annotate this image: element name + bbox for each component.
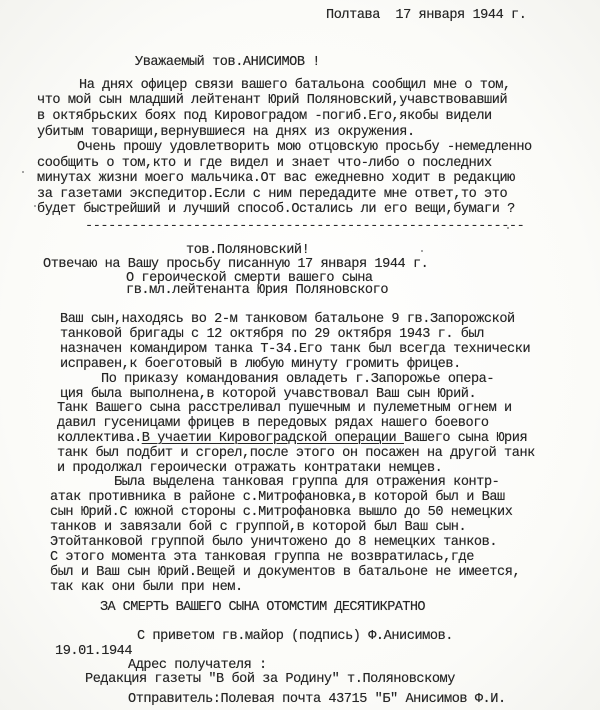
- signature: С приветом гв.майор (подпись) Ф.Анисимов…: [137, 630, 453, 644]
- place-and-date: Полтава 17 января 1944 г.: [326, 9, 526, 23]
- reply-line: По приказу командования овладеть г.Запор…: [101, 373, 494, 387]
- reply-line: Ваш сын,находясь во 2-м танковом батальо…: [60, 313, 515, 327]
- salutation: Уважаемый тов.АНИСИМОВ !: [135, 56, 320, 70]
- reply-line: был и Ваш сын Юрий.Вещей и документов в …: [50, 566, 520, 580]
- letter-line: в октябрьских боях под Кировоградом -пог…: [37, 110, 492, 124]
- letter-line: убитым товарищи,вернувшиеся на днях из о…: [37, 126, 415, 140]
- reply-line-part: коллектива.: [57, 431, 142, 446]
- reply-line: Была выделена танковая группа для отраже…: [114, 476, 499, 490]
- sender-line: Отправитель:Полевая почта 43715 "Б" Анис…: [128, 693, 506, 707]
- letter-line: сообщить о том,кто и где видел и знает ч…: [37, 157, 492, 171]
- section-divider: ----------------------------------------…: [85, 219, 524, 234]
- reply-line: назначен командиром танка Т-34.Его танк …: [60, 343, 530, 357]
- paper-speck: [22, 171, 24, 173]
- reply-line: танков и завязали бой с группой,в которо…: [50, 521, 466, 535]
- reply-addressee: тов.Поляновский!: [186, 244, 309, 258]
- letter-line: Очень прошу удовлетворить мою отцовскую …: [77, 141, 532, 155]
- reply-subject-line-2: гв.мл.лейтенанта Юрия Поляновского: [126, 284, 388, 298]
- reply-line-split: коллектива.В учаетии Кировоградской опер…: [57, 432, 527, 446]
- reply-intro: Отвечаю на Вашу просьбу писанную 17 янва…: [43, 258, 428, 272]
- reply-line: танковой бригады с 12 октября по 29 октя…: [60, 328, 484, 342]
- reply-line: С этого момента эта танковая группа не в…: [50, 551, 474, 565]
- reply-line: давил гусеницами фрицев в передовых ряда…: [57, 417, 489, 431]
- typewritten-letter-page: Полтава 17 января 1944 г. Уважаемый тов.…: [0, 0, 600, 710]
- paper-speck: [421, 250, 423, 252]
- reply-line: Танк Вашего сына расстреливал пушечным и…: [57, 402, 512, 416]
- reply-line: атак противника в районе с.Митрофановка,…: [50, 491, 505, 505]
- motto: ЗА СМЕРТЬ ВАШЕГО СЫНА ОТОМСТИМ ДЕСЯТИКРА…: [100, 601, 425, 615]
- underlined-phrase: В учаетии Кировоградской операции: [142, 431, 404, 446]
- letter-line: будет быстрейший и лучший способ.Осталис…: [37, 203, 515, 217]
- letter-line: минутах жизни моего мальчика.От вас ежед…: [37, 172, 515, 186]
- reply-line: танк был подбит и сгорел,после этого он …: [57, 447, 535, 461]
- letter-line: за газетами экспедитор.Если с ним переда…: [37, 188, 507, 202]
- reply-line: так как они были при нем.: [50, 581, 243, 595]
- letter-line: что мой сын младший лейтенант Юрий Полян…: [37, 94, 507, 108]
- reply-date: 19.01.1944: [55, 645, 132, 659]
- recipient-address: Редакция газеты "В бой за Родину" т.Поля…: [85, 673, 455, 687]
- reply-line: сын Юрий.С южной стороны с.Митрофановка …: [50, 506, 512, 520]
- reply-line: ция была выполнена,в которой учавствовал…: [60, 388, 476, 402]
- reply-line: исправен,к боеготовый в любую минуту гро…: [60, 358, 461, 372]
- recipient-label: Адрес получателя :: [128, 659, 267, 673]
- reply-line: Этойтанковой группой было уничтожено до …: [50, 536, 497, 550]
- reply-line: и продолжал героически отражать контрата…: [57, 462, 442, 476]
- letter-line: На днях офицер связи вашего батальона со…: [79, 79, 511, 93]
- reply-line-part: Вашего сына Юрия: [404, 431, 527, 446]
- paper-speck: [34, 205, 36, 207]
- paper-speck: [507, 227, 509, 229]
